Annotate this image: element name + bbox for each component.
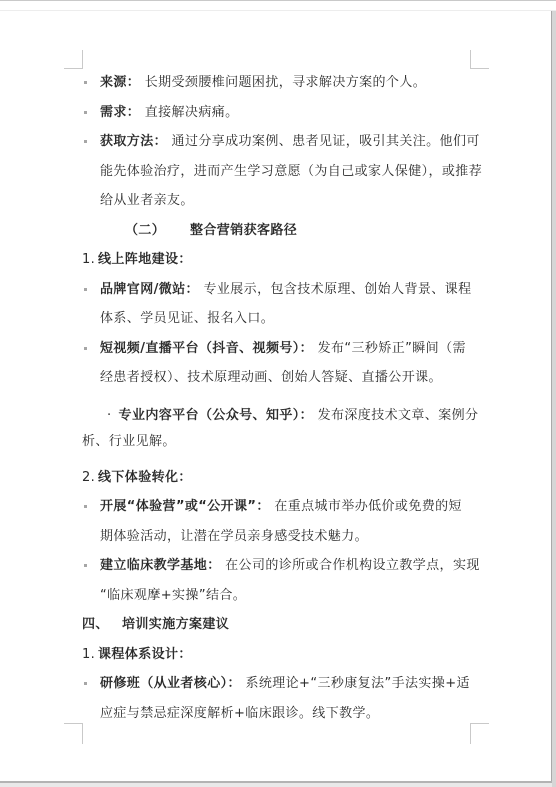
line-text: 析、行业见解。 [82, 434, 176, 449]
bullet-item-clinical-base: 建立临床教学基地： 在公司的诊所或合作机构设立教学点，实现 “临床观摩+实操”结… [82, 551, 482, 610]
line-text: 通过分享成功案例、患者见证，吸引其关注。他们可 [167, 134, 480, 149]
sub-bullet-item-content-platform: ·专业内容平台（公众号、知乎）： 发布深度技术文章、案例分 析、行业见解。 [82, 403, 482, 455]
document-text-area[interactable]: 来源： 长期受颈腰椎问题困扰，寻求解决方案的个人。 需求： 直接解决病痛。 获取… [82, 68, 482, 728]
text-line: 经患者授权）、技术原理动画、创始人答疑、直播公开课。 [100, 363, 482, 393]
list-number: 1. [82, 640, 98, 670]
text-line: 能先体验治疗，进而产生学习意愿（为自己或家人保健），或推荐 [100, 157, 482, 187]
lead-label: 来源： [100, 75, 140, 90]
numbered-item-online: 1.线上阵地建设： [82, 245, 482, 275]
text-line: 2.线下体验转化： [82, 463, 482, 493]
bullet-item-shortvideo: 短视频/直播平台（抖音、视频号）： 发布“三秒矫正”瞬间（需 经患者授权）、技术… [82, 334, 482, 393]
section-heading-2: （二）整合营销获客路径 [82, 216, 482, 246]
line-text: 经患者授权）、技术原理动画、创始人答疑、直播公开课。 [100, 370, 442, 385]
bullet-item-website: 品牌官网/微站： 专业展示，包含技术原理、创始人背景、课程 体系、学员见证、报名… [82, 275, 482, 334]
text-boundary-mark-top-left [64, 50, 83, 69]
line-text: 在重点城市举办低价或免费的短 [270, 499, 462, 514]
bullet-icon [84, 564, 87, 567]
bullet-item-acquisition: 获取方法： 通过分享成功案例、患者见证，吸引其关注。他们可 能先体验治疗，进而产… [82, 127, 482, 216]
bullet-icon [84, 81, 87, 84]
list-label: 课程体系设计： [98, 647, 192, 662]
line-text: 体系、学员见证、报名入口。 [100, 311, 274, 326]
line-text: 期体验活动，让潜在学员亲身感受技术魅力。 [100, 529, 368, 544]
bullet-icon [84, 505, 87, 508]
text-line: “临床观摩+实操”结合。 [100, 581, 482, 611]
text-line: 来源： 长期受颈腰椎问题困扰，寻求解决方案的个人。 [100, 68, 482, 98]
line-text: 直接解决病痛。 [140, 105, 238, 120]
line-text: 系统理论+“三秒康复法”手法实操+适 [241, 676, 470, 691]
text-boundary-mark-bottom-left [64, 723, 83, 744]
line-text: 给从业者亲友。 [100, 193, 194, 208]
bullet-item-seminar-class: 研修班（从业者核心）： 系统理论+“三秒康复法”手法实操+适 应症与禁忌症深度解… [82, 669, 482, 728]
word-print-layout-view: 来源： 长期受颈腰椎问题困扰，寻求解决方案的个人。 需求： 直接解决病痛。 获取… [0, 0, 556, 787]
text-line: 四、培训实施方案建议 [82, 610, 482, 640]
text-line: 研修班（从业者核心）： 系统理论+“三秒康复法”手法实操+适 [100, 669, 482, 699]
text-line: 建立临床教学基地： 在公司的诊所或合作机构设立教学点，实现 [100, 551, 482, 581]
text-line: 期体验活动，让潜在学员亲身感受技术魅力。 [100, 522, 482, 552]
lead-label: 开展“体验营”或“公开课”： [100, 499, 270, 514]
lead-label: 短视频/直播平台（抖音、视频号）： [100, 341, 313, 356]
bullet-item-experience-camp: 开展“体验营”或“公开课”： 在重点城市举办低价或免费的短 期体验活动，让潜在学… [82, 492, 482, 551]
heading-number: 四、 [82, 610, 122, 640]
text-line: 开展“体验营”或“公开课”： 在重点城市举办低价或免费的短 [100, 492, 482, 522]
line-text: 能先体验治疗，进而产生学习意愿（为自己或家人保健），或推荐 [100, 164, 482, 179]
text-line: 短视频/直播平台（抖音、视频号）： 发布“三秒矫正”瞬间（需 [100, 334, 482, 364]
text-line: 需求： 直接解决病痛。 [100, 98, 482, 128]
text-line: 给从业者亲友。 [100, 186, 482, 216]
text-line: 体系、学员见证、报名入口。 [100, 304, 482, 334]
text-line: 应症与禁忌症深度解析+临床跟诊。线下教学。 [100, 699, 482, 729]
page-right-edge [551, 11, 552, 782]
page-bottom-edge [0, 781, 552, 783]
text-line: 1.线上阵地建设： [82, 245, 482, 275]
lead-label: 品牌官网/微站： [100, 282, 199, 297]
heading-title: 整合营销获客路径 [190, 223, 297, 238]
numbered-item-offline: 2.线下体验转化： [82, 463, 482, 493]
line-text: “临床观摩+实操”结合。 [100, 588, 246, 603]
line-text: 专业展示，包含技术原理、创始人背景、课程 [199, 282, 472, 297]
list-label: 线上阵地建设： [98, 252, 192, 267]
text-line: （二）整合营销获客路径 [125, 216, 482, 246]
text-line: ·专业内容平台（公众号、知乎）： 发布深度技术文章、案例分 [82, 403, 482, 429]
bullet-item-source: 来源： 长期受颈腰椎问题困扰，寻求解决方案的个人。 [82, 68, 482, 98]
heading-title: 培训实施方案建议 [122, 617, 229, 632]
list-number: 1. [82, 245, 98, 275]
bullet-icon [84, 288, 87, 291]
line-text: 应症与禁忌症深度解析+临床跟诊。线下教学。 [100, 706, 379, 721]
list-number: 2. [82, 463, 98, 493]
heading-number: （二） [125, 216, 190, 246]
list-label: 线下体验转化： [98, 470, 192, 485]
canvas-background-right [552, 11, 556, 787]
section-heading-4: 四、培训实施方案建议 [82, 610, 482, 640]
numbered-item-curriculum: 1.课程体系设计： [82, 640, 482, 670]
middle-dot-bullet: · [107, 408, 112, 423]
text-line: 析、行业见解。 [82, 429, 482, 455]
lead-label: 需求： [100, 105, 140, 120]
bullet-icon [84, 682, 87, 685]
text-line: 获取方法： 通过分享成功案例、患者见证，吸引其关注。他们可 [100, 127, 482, 157]
text-line: 1.课程体系设计： [82, 640, 482, 670]
bullet-icon [84, 140, 87, 143]
previous-page-edge [0, 0, 556, 1]
canvas-background-bottom [0, 783, 552, 787]
line-text: 在公司的诊所或合作机构设立教学点，实现 [221, 558, 480, 573]
bullet-item-need: 需求： 直接解决病痛。 [82, 98, 482, 128]
bullet-icon [84, 347, 87, 350]
text-line: 品牌官网/微站： 专业展示，包含技术原理、创始人背景、课程 [100, 275, 482, 305]
line-text: 长期受颈腰椎问题困扰，寻求解决方案的个人。 [140, 75, 426, 90]
bullet-icon [84, 111, 87, 114]
line-text: 发布深度技术文章、案例分 [313, 408, 478, 423]
lead-label: 专业内容平台（公众号、知乎）： [119, 408, 314, 423]
text-boundary-mark-top-right [470, 50, 489, 69]
lead-label: 建立临床教学基地： [100, 558, 221, 573]
lead-label: 获取方法： [100, 134, 167, 149]
lead-label: 研修班（从业者核心）： [100, 676, 241, 691]
line-text: 发布“三秒矫正”瞬间（需 [313, 341, 466, 356]
page-top-edge [0, 10, 556, 11]
